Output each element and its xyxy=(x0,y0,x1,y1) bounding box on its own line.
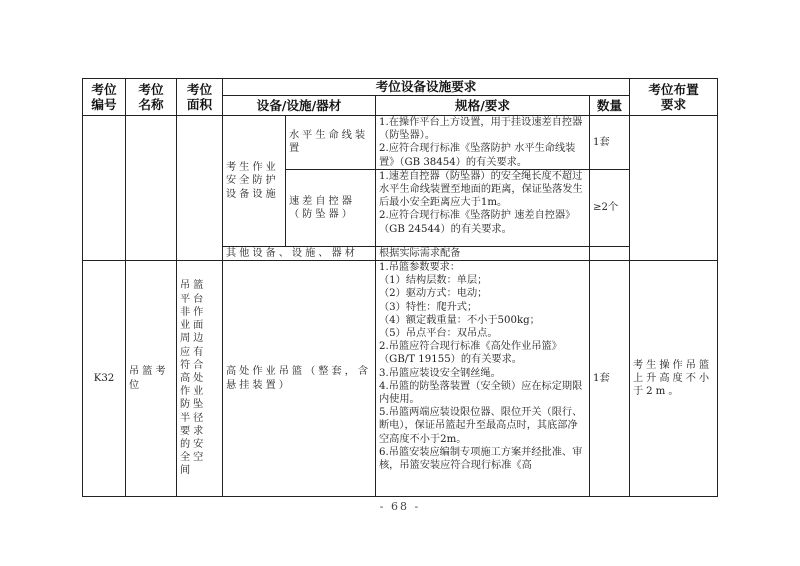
station-area-cell: 吊篮平台非作业面周边应有符合高处作业防坠半径要求的安全空间 xyxy=(177,261,223,497)
equipment-cell: 速差自控器（防坠器） xyxy=(286,169,376,246)
quantity-cell: 1套 xyxy=(590,116,630,170)
spec-cell: 1.速差自控器（防坠器）的安全绳长度不超过水平生命线装置至地面的距离，保证坠落发… xyxy=(376,169,590,246)
spec-cell: 1.在操作平台上方设置，用于挂设速差自控器（防坠器）。 2.应符合现行标准《坠落… xyxy=(376,116,590,170)
equipment-cell: 其他设备、设施、器材 xyxy=(223,246,376,260)
page-number: - 68 - xyxy=(0,500,800,513)
station-area-cell xyxy=(177,116,223,261)
header-layout-requirements: 考位布置 要求 xyxy=(630,79,718,116)
header-quantity: 数量 xyxy=(590,96,630,116)
spec-cell: 1.吊篮参数要求： （1）结构层数：单层； （2）驱动方式：电动； （3）特性：… xyxy=(376,261,590,497)
spec-text: 1.吊篮参数要求： （1）结构层数：单层； （2）驱动方式：电动； （3）特性：… xyxy=(379,261,586,495)
layout-cell: 考生操作吊篮上升高度不小于2m。 xyxy=(630,261,718,497)
layout-cell xyxy=(630,116,718,261)
header-equipment: 设备/设施/器材 xyxy=(223,96,376,116)
header-station-id: 考位 编号 xyxy=(83,79,126,116)
header-spec: 规格/要求 xyxy=(376,96,590,116)
table-row: K32 吊篮考位 吊篮平台非作业面周边应有符合高处作业防坠半径要求的安全空间 高… xyxy=(83,261,718,497)
header-station-area: 考位 面积 xyxy=(177,79,223,116)
spec-cell: 根据实际需求配备 xyxy=(376,246,590,260)
station-id-cell: K32 xyxy=(83,261,126,497)
equipment-cell: 高处作业吊篮（整套，含悬挂装置） xyxy=(223,261,376,497)
header-equipment-requirements: 考位设备设施要求 xyxy=(223,79,630,96)
station-id-cell xyxy=(83,116,126,261)
table-row: 考生作业安全防护设备设施 水平生命线装置 1.在操作平台上方设置，用于挂设速差自… xyxy=(83,116,718,170)
quantity-cell: 1套 xyxy=(590,261,630,497)
quantity-cell: ≥2个 xyxy=(590,169,630,246)
station-name-cell: 吊篮考位 xyxy=(126,261,177,497)
station-name-cell xyxy=(126,116,177,261)
equipment-cell: 水平生命线装置 xyxy=(286,116,376,170)
quantity-cell xyxy=(590,246,630,260)
equipment-group-cell: 考生作业安全防护设备设施 xyxy=(223,116,286,247)
header-station-name: 考位 名称 xyxy=(126,79,177,116)
exam-station-requirements-table: 考位 编号 考位 名称 考位 面积 考位设备设施要求 考位布置 要求 设备/设施… xyxy=(82,78,718,497)
